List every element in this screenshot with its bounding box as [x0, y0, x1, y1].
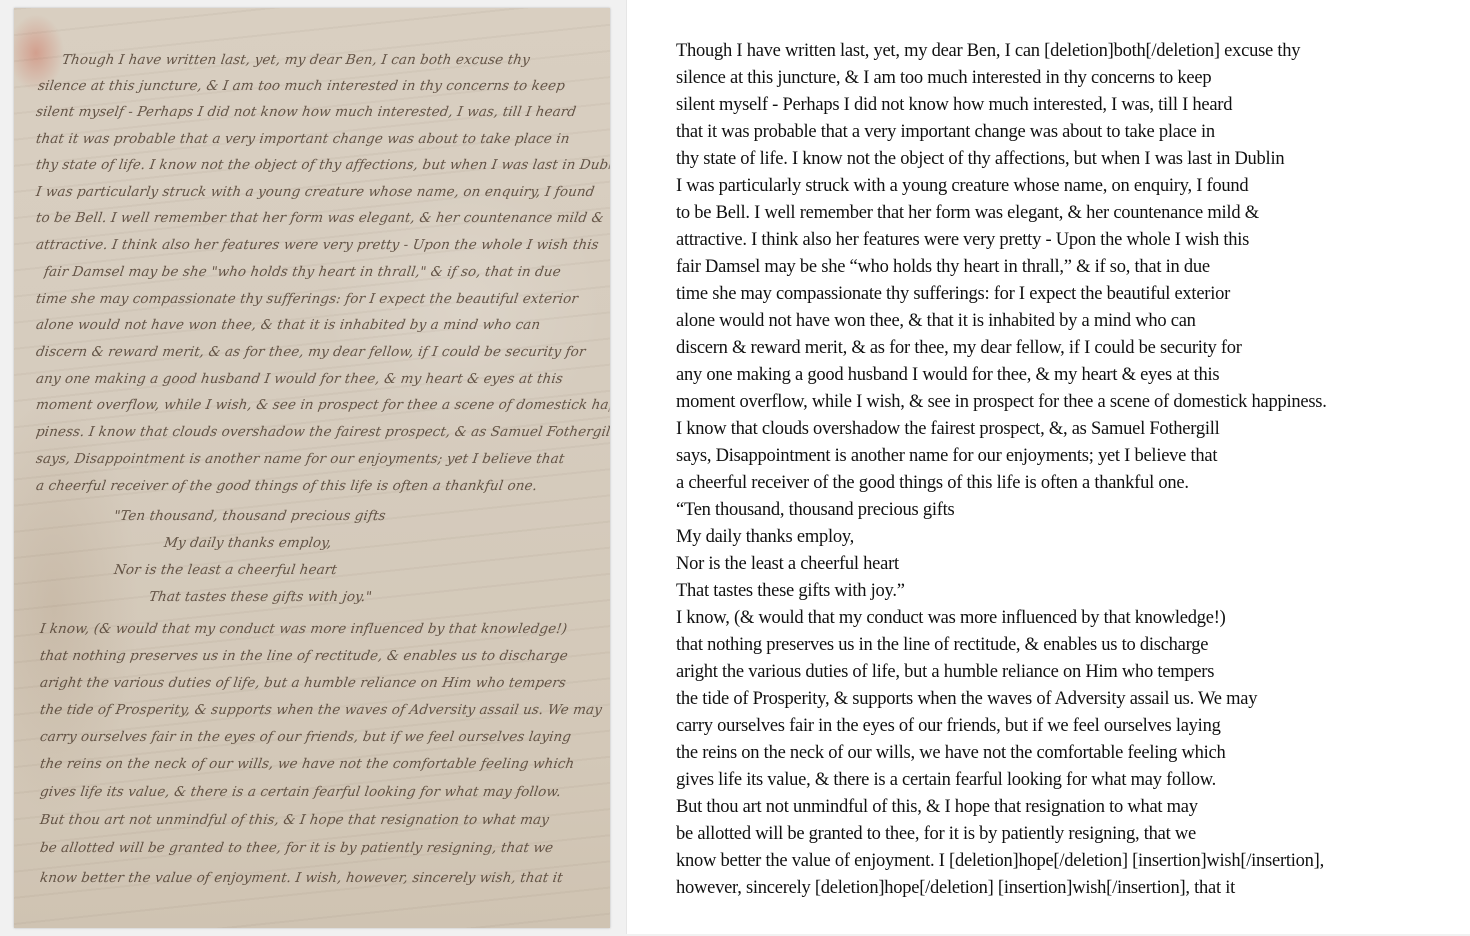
transcription-line: aright the various duties of life, but a… — [676, 659, 1466, 686]
transcription-line: that nothing preserves us in the line of… — [676, 632, 1466, 659]
transcription-line: the reins on the neck of our wills, we h… — [676, 740, 1466, 767]
handwriting-line: Nor is the least a cheerful heart — [113, 562, 610, 578]
handwriting-line: aright the various duties of life, but a… — [39, 675, 610, 691]
handwriting-line: But thou art not unmindful of this, & I … — [39, 812, 610, 828]
handwriting-line: thy state of life. I know not the object… — [35, 157, 610, 173]
handwriting-line: know better the value of enjoyment. I wi… — [39, 870, 610, 886]
transcription-line: the tide of Prosperity, & supports when … — [676, 686, 1466, 713]
handwriting-line: time she may compassionate thy suffering… — [35, 291, 610, 307]
handwriting-line: carry ourselves fair in the eyes of our … — [39, 729, 610, 745]
handwriting-line: gives life its value, & there is a certa… — [39, 784, 610, 800]
transcription-line: a cheerful receiver of the good things o… — [676, 470, 1466, 497]
transcription-line: says, Disappointment is another name for… — [676, 443, 1466, 470]
handwriting-line: My daily thanks employ, — [163, 535, 610, 551]
handwriting-line: piness. I know that clouds overshadow th… — [35, 424, 610, 440]
transcription-line: “Ten thousand, thousand precious gifts — [676, 497, 1466, 524]
handwriting-line: I know, (& would that my conduct was mor… — [39, 621, 610, 637]
handwriting-line: attractive. I think also her features we… — [35, 237, 610, 253]
manuscript-page-image: Though I have written last, yet, my dear… — [14, 8, 610, 928]
transcription-line: carry ourselves fair in the eyes of our … — [676, 713, 1466, 740]
manuscript-panel: Though I have written last, yet, my dear… — [0, 0, 627, 936]
transcription-line: My daily thanks employ, — [676, 524, 1466, 551]
transcription-line: gives life its value, & there is a certa… — [676, 767, 1466, 794]
handwriting-line: moment overflow, while I wish, & see in … — [35, 397, 610, 413]
handwriting-line: a cheerful receiver of the good things o… — [35, 478, 610, 494]
handwriting-line: the reins on the neck of our wills, we h… — [39, 756, 610, 772]
transcription-line: discern & reward merit, & as for thee, m… — [676, 335, 1466, 362]
transcription-line: to be Bell. I well remember that her for… — [676, 200, 1466, 227]
transcription-line: however, sincerely [deletion]hope[/delet… — [676, 875, 1466, 902]
handwriting-line: to be Bell. I well remember that her for… — [35, 210, 610, 226]
handwriting-line: discern & reward merit, & as for thee, m… — [35, 344, 610, 360]
transcription-line: time she may compassionate thy suffering… — [676, 281, 1466, 308]
transcription-line: I was particularly struck with a young c… — [676, 173, 1466, 200]
handwriting-line: I was particularly struck with a young c… — [35, 184, 610, 200]
handwriting-line: be allotted will be granted to thee, for… — [39, 840, 610, 856]
transcription-line: But thou art not unmindful of this, & I … — [676, 794, 1466, 821]
transcription-line: I know, (& would that my conduct was mor… — [676, 605, 1466, 632]
transcription-line: moment overflow, while I wish, & see in … — [676, 389, 1466, 416]
transcription-line: attractive. I think also her features we… — [676, 227, 1466, 254]
handwriting-line: fair Damsel may be she "who holds thy he… — [43, 264, 610, 280]
transcription-line: any one making a good husband I would fo… — [676, 362, 1466, 389]
transcription-line: silence at this juncture, & I am too muc… — [676, 65, 1466, 92]
handwriting-line: any one making a good husband I would fo… — [35, 371, 610, 387]
transcription-line: know better the value of enjoyment. I [d… — [676, 848, 1466, 875]
handwriting-line: That tastes these gifts with joy." — [148, 589, 610, 605]
transcription-line: be allotted will be granted to thee, for… — [676, 821, 1466, 848]
transcription-line: Though I have written last, yet, my dear… — [676, 38, 1466, 65]
handwriting-line: silent myself - Perhaps I did not know h… — [35, 104, 610, 120]
transcription-text: Though I have written last, yet, my dear… — [676, 38, 1466, 902]
transcription-line: that it was probable that a very importa… — [676, 119, 1466, 146]
transcription-line: fair Damsel may be she “who holds thy he… — [676, 254, 1466, 281]
handwriting-line: that it was probable that a very importa… — [35, 131, 610, 147]
transcription-line: alone would not have won thee, & that it… — [676, 308, 1466, 335]
handwriting-line: Though I have written last, yet, my dear… — [61, 52, 610, 68]
transcription-line: silent myself - Perhaps I did not know h… — [676, 92, 1466, 119]
transcription-line: thy state of life. I know not the object… — [676, 146, 1466, 173]
handwriting-line: "Ten thousand, thousand precious gifts — [113, 508, 610, 524]
handwriting-line: alone would not have won thee, & that it… — [35, 317, 610, 333]
transcription-line: That tastes these gifts with joy.” — [676, 578, 1466, 605]
handwriting-line: says, Disappointment is another name for… — [35, 451, 610, 467]
transcription-line: I know that clouds overshadow the faires… — [676, 416, 1466, 443]
handwriting-line: silence at this juncture, & I am too muc… — [37, 78, 610, 94]
handwriting-line: the tide of Prosperity, & supports when … — [39, 702, 610, 718]
handwriting-line: that nothing preserves us in the line of… — [39, 648, 610, 664]
transcription-line: Nor is the least a cheerful heart — [676, 551, 1466, 578]
